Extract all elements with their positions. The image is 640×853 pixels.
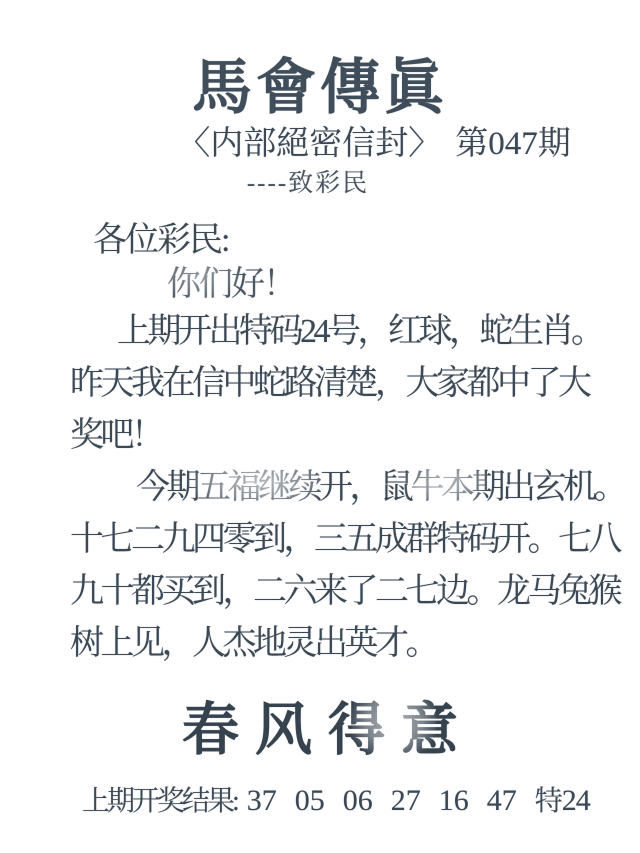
confidential-envelope-label: 〈内部絕密信封〉 xyxy=(177,126,441,162)
issue-number: 第047期 xyxy=(455,126,571,162)
letter-line: 上期开出特码24号，红球，蛇生肖。 xyxy=(70,306,615,358)
letter-line: 昨天我在信中蛇路清楚，大家都中了大 xyxy=(70,358,615,410)
special-number-label: 特 xyxy=(535,786,562,817)
greeting: 你们好！ xyxy=(167,256,295,305)
result-number: 16 xyxy=(439,784,469,818)
subtitle-line: 〈内部絕密信封〉第047期 xyxy=(54,117,640,164)
letter-line: 十七二九四零到，三五成群特码开。七八 xyxy=(70,514,615,566)
dedication-line: ----致彩民 xyxy=(0,163,628,199)
letter-line: 今期五福继续开，鼠牛本期出玄机。 xyxy=(70,462,615,514)
letterhead-title: 馬會傳眞 xyxy=(0,40,640,126)
special-number-value: 24 xyxy=(562,784,590,817)
result-number: 47 xyxy=(487,784,517,818)
slogan-text: 春风得意 xyxy=(0,684,640,766)
letter-line: 树上见，人杰地灵出英才。 xyxy=(70,618,615,670)
salutation: 各位彩民: xyxy=(93,212,228,261)
fax-document-page: 馬會傳眞 〈内部絕密信封〉第047期 ----致彩民 各位彩民: 你们好！ 上期… xyxy=(0,0,640,853)
result-number: 37 xyxy=(247,784,277,818)
previous-draw-results: 上期开奖结果: 37 05 06 27 16 47 特24 xyxy=(82,779,590,819)
special-number: 特24 xyxy=(535,779,590,819)
letter-body: 上期开出特码24号，红球，蛇生肖。 昨天我在信中蛇路清楚，大家都中了大 奖吧！ … xyxy=(70,306,615,670)
result-number: 27 xyxy=(391,784,421,818)
letter-line: 奖吧！ xyxy=(70,410,615,462)
results-label: 上期开奖结果: xyxy=(82,779,237,819)
result-number: 05 xyxy=(295,784,325,818)
letter-line: 九十都买到，二六来了二七边。龙马兔猴 xyxy=(70,566,615,618)
result-number: 06 xyxy=(343,784,373,818)
